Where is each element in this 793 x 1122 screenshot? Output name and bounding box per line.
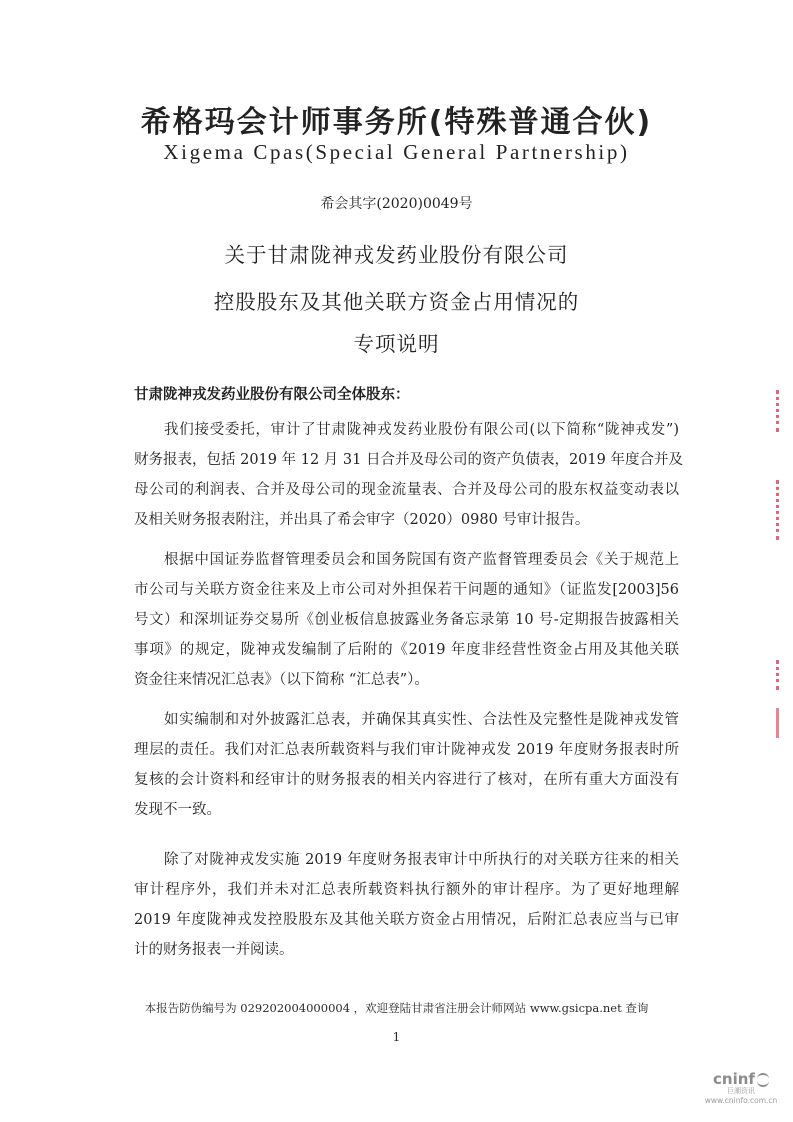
document-title-line-1: 关于甘肃陇神戎发药业股份有限公司 bbox=[0, 238, 793, 268]
anti-counterfeit-note: 本报告防伪编号为 029202004000004 ，欢迎登陆甘肃省注册会计师网站… bbox=[0, 1000, 793, 1016]
seal-stamp-fragment bbox=[776, 480, 793, 540]
document-title-line-2: 控股股东及其他关联方资金占用情况的 bbox=[0, 285, 793, 315]
reference-number: 希会其字(2020)0049号 bbox=[0, 193, 793, 213]
paragraph-line: 及相关财务报表附注，并出具了希会审字（2020）0980 号审计报告。 bbox=[134, 505, 679, 535]
paragraph-line: 理层的责任。我们对汇总表所载资料与我们审计陇神戎发 2019 年度财务报表时所 bbox=[134, 735, 679, 765]
cninfo-cn-text: 巨潮资讯 bbox=[701, 1087, 781, 1096]
cninfo-logo: cninf bbox=[701, 1072, 781, 1087]
paragraph-line: 母公司的利润表、合并及母公司的现金流量表、合并及母公司的股东权益变动表以 bbox=[134, 475, 679, 505]
paragraph-line: 除了对陇神戎发实施 2019 年度财务报表审计中所执行的对关联方往来的相关 bbox=[134, 845, 679, 875]
paragraph-line: 财务报表，包括 2019 年 12 月 31 日合并及母公司的资产负债表，201… bbox=[134, 445, 679, 475]
seal-stamp-fragment bbox=[776, 660, 793, 690]
seal-stamp-fragment bbox=[776, 708, 793, 738]
paragraph-engagement: 我们接受委托，审计了甘肃陇神戎发药业股份有限公司(以下简称“陇神戎发”) 财务报… bbox=[134, 415, 679, 535]
firm-name-cn: 希格玛会计师事务所(特殊普通合伙) bbox=[0, 97, 793, 141]
paragraph-line: 根据中国证券监督管理委员会和国务院国有资产监督管理委员会《关于规范上 bbox=[134, 545, 679, 575]
paragraph-line: 发现不一致。 bbox=[134, 795, 679, 825]
paragraph-line: 市公司与关联方资金往来及上市公司对外担保若干问题的通知》（证监发[2003]56 bbox=[134, 575, 679, 605]
salutation: 甘肃陇神戎发药业股份有限公司全体股东： bbox=[134, 383, 410, 404]
paragraph-line: 我们接受委托，审计了甘肃陇神戎发药业股份有限公司(以下简称“陇神戎发”) bbox=[134, 415, 679, 445]
firm-name-en: Xigema Cpas(Special General Partnership) bbox=[0, 140, 793, 165]
seal-stamp-fragment bbox=[776, 390, 793, 432]
paragraph-line: 号文）和深圳证券交易所《创业板信息披露业务备忘录第 10 号-定期报告披露相关 bbox=[134, 605, 679, 635]
paragraph-line: 资金往来情况汇总表》（以下简称 “汇总表”）。 bbox=[134, 665, 679, 695]
cninfo-watermark: cninf 巨潮资讯 www.cninfo.com.cn bbox=[701, 1072, 781, 1106]
cninfo-logo-text: cninf bbox=[713, 1070, 755, 1088]
page-number: 1 bbox=[0, 1030, 793, 1044]
paragraph-line: 计的财务报表一并阅读。 bbox=[134, 935, 679, 965]
paragraph-line: 复核的会计资料和经审计的财务报表的相关内容进行了核对，在所有重大方面没有 bbox=[134, 765, 679, 795]
document-title-line-3: 专项说明 bbox=[0, 327, 793, 357]
paragraph-regulation: 根据中国证券监督管理委员会和国务院国有资产监督管理委员会《关于规范上 市公司与关… bbox=[134, 545, 679, 695]
paragraph-line: 如实编制和对外披露汇总表，并确保其真实性、合法性及完整性是陇神戎发管 bbox=[134, 705, 679, 735]
paragraph-line: 事项》的规定，陇神戎发编制了后附的《2019 年度非经营性资金占用及其他关联 bbox=[134, 635, 679, 665]
document-page: 希格玛会计师事务所(特殊普通合伙) Xigema Cpas(Special Ge… bbox=[0, 0, 793, 1122]
cninfo-swoosh-icon bbox=[757, 1073, 769, 1087]
paragraph-line: 审计程序外，我们并未对汇总表所载资料执行额外的审计程序。为了更好地理解 bbox=[134, 875, 679, 905]
paragraph-responsibility: 如实编制和对外披露汇总表，并确保其真实性、合法性及完整性是陇神戎发管 理层的责任… bbox=[134, 705, 679, 825]
paragraph-scope: 除了对陇神戎发实施 2019 年度财务报表审计中所执行的对关联方往来的相关 审计… bbox=[134, 845, 679, 965]
cninfo-url: www.cninfo.com.cn bbox=[701, 1096, 781, 1106]
paragraph-line: 2019 年度陇神戎发控股股东及其他关联方资金占用情况，后附汇总表应当与已审 bbox=[134, 905, 679, 935]
